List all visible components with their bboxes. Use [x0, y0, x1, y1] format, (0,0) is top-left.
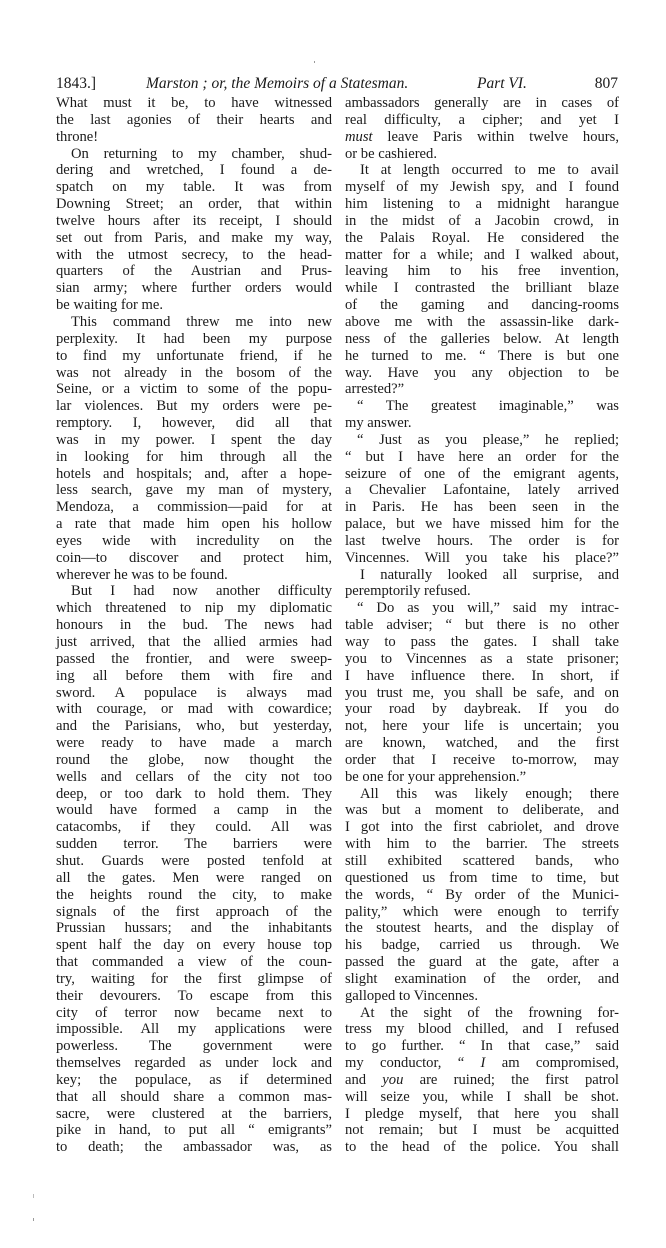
- text-line: my conductor, “ I am compromised,: [345, 1055, 619, 1072]
- text-line: sian army; where further orders would: [56, 280, 332, 297]
- text-line: with courage, or mad with cowardice;: [56, 701, 332, 718]
- text-line: impossible. All my applications were: [56, 1021, 332, 1038]
- text-line: questioned us from time to time, but: [345, 870, 619, 887]
- text-line: real difficulty, a cipher; and yet I: [345, 112, 619, 129]
- running-head: 1843.] Marston ; or, the Memoirs of a St…: [56, 74, 618, 94]
- text-line: the stoutest hearts, and the display of: [345, 920, 619, 937]
- text-line: less search, gave my man of mystery,: [56, 482, 332, 499]
- text-line: I have influence there. In short, if: [345, 668, 619, 685]
- text-line: to find my unfortunate friend, if he: [56, 348, 332, 365]
- text-line: be one for your apprehension.”: [345, 769, 619, 786]
- text-line: you to Vincennes as a state prisoner;: [345, 651, 619, 668]
- text-line: a Chevalier Lafontaine, lately arrived: [345, 482, 619, 499]
- text-line: I got into the first cabriolet, and drov…: [345, 819, 619, 836]
- text-line: in the midst of a Jacobin crowd, in: [345, 213, 619, 230]
- text-line: round the globe, now thought the: [56, 752, 332, 769]
- text-line: must leave Paris within twelve hours,: [345, 129, 619, 146]
- text-line: pike in hand, to put all “ emigrants”: [56, 1122, 332, 1139]
- text-line: “ Do as you will,” said my intrac-: [345, 600, 619, 617]
- right-text-column: ambassadors generally are in cases ofrea…: [345, 95, 619, 1156]
- text-line: the heights round the city, to make: [56, 887, 332, 904]
- text-line: This command threw me into new: [56, 314, 332, 331]
- running-head-year: 1843.]: [56, 74, 96, 94]
- text-line: perplexity. It had been my purpose: [56, 331, 332, 348]
- text-line: were ready to have made a march: [56, 735, 332, 752]
- text-line: your road by daybreak. If you do: [345, 701, 619, 718]
- text-line: catacombs, if they could. All was: [56, 819, 332, 836]
- text-line: matter for a while; and I walked about,: [345, 247, 619, 264]
- text-line: set out from Paris, and make my way,: [56, 230, 332, 247]
- text-line: key; the populace, as if determined: [56, 1072, 332, 1089]
- text-line: the Palais Royal. He considered the: [345, 230, 619, 247]
- text-line: shut. Guards were posted tenfold at: [56, 853, 332, 870]
- text-line: sudden terror. The barriers were: [56, 836, 332, 853]
- text-line: quarters of the Austrian and Prus-: [56, 263, 332, 280]
- text-line: was but a moment to deliberate, and: [345, 802, 619, 819]
- text-line: to go further. “ In that case,” said: [345, 1038, 619, 1055]
- text-line: spatch on my table. It was from: [56, 179, 332, 196]
- text-line: dering and wretched, I found a de-: [56, 162, 332, 179]
- text-line: Vincennes. Will you take his place?”: [345, 550, 619, 567]
- text-line: him listening to a midnight harangue: [345, 196, 619, 213]
- text-line: a rate that made him open his hollow: [56, 516, 332, 533]
- text-line: lar violences. But my orders were pe-: [56, 398, 332, 415]
- text-line: passed the guard at the gate, after a: [345, 954, 619, 971]
- running-head-part: Part VI.: [477, 74, 527, 94]
- text-line: deep, or too dark to hold them. They: [56, 786, 332, 803]
- text-line: last twelve hours. The order is for: [345, 533, 619, 550]
- text-line: spent half the day on every house top: [56, 937, 332, 954]
- text-line: or be cashiered.: [345, 146, 619, 163]
- text-line: way to pass the gates. I shall take: [345, 634, 619, 651]
- text-line: his badge, carried us through. We: [345, 937, 619, 954]
- text-line: passed the frontier, and were sweep-: [56, 651, 332, 668]
- scan-artifact-mark: [33, 1194, 34, 1198]
- text-line: All this was likely enough; there: [345, 786, 619, 803]
- text-line: will seize you, while I shall be shot.: [345, 1089, 619, 1106]
- text-line: What must it be, to have witnessed: [56, 95, 332, 112]
- text-line: tress my blood chilled, and I refused: [345, 1021, 619, 1038]
- text-line: Seine, or a victim to some of the popu-: [56, 381, 332, 398]
- text-line: “ Just as you please,” he replied;: [345, 432, 619, 449]
- text-line: leaving him to his free invention,: [345, 263, 619, 280]
- scan-artifact-mark: [33, 1218, 34, 1221]
- text-line: pality,” which were enough to terrify: [345, 904, 619, 921]
- text-line: the last agonies of their hearts and: [56, 112, 332, 129]
- text-line: in looking for him through all the: [56, 449, 332, 466]
- text-line: and you are ruined; the first patrol: [345, 1072, 619, 1089]
- text-line: of the gaming and dancing-rooms: [345, 297, 619, 314]
- text-line: coin—to discover and protect him,: [56, 550, 332, 567]
- text-line: to death; the ambassador was, as: [56, 1139, 332, 1156]
- text-line: and the Parisians, who, but yesterday,: [56, 718, 332, 735]
- text-line: Downing Street; an order, that within: [56, 196, 332, 213]
- text-line: try, waiting for the first glimpse of: [56, 971, 332, 988]
- text-line: “ The greatest imaginable,” was: [345, 398, 619, 415]
- text-line: not remain; but I must be acquitted: [345, 1122, 619, 1139]
- scanned-page: 1843.] Marston ; or, the Memoirs of a St…: [0, 0, 666, 1248]
- text-line: are known, watched, and the first: [345, 735, 619, 752]
- text-line: But I had now another difficulty: [56, 583, 332, 600]
- page-number: 807: [595, 74, 618, 94]
- text-line: peremptorily refused.: [345, 583, 619, 600]
- text-line: not, here your life is uncertain; you: [345, 718, 619, 735]
- text-line: be waiting for me.: [56, 297, 332, 314]
- text-line: city of terror now became next to: [56, 1005, 332, 1022]
- text-line: you trust me, you shall be safe, and on: [345, 685, 619, 702]
- text-line: was in my power. I spent the day: [56, 432, 332, 449]
- text-line: while I contrasted the brilliant blaze: [345, 280, 619, 297]
- text-line: remptory. I, however, did all that: [56, 415, 332, 432]
- running-head-title: Marston ; or, the Memoirs of a Statesman…: [146, 74, 408, 94]
- text-line: signals of the first approach of the: [56, 904, 332, 921]
- text-line: way. Have you any objection to be: [345, 365, 619, 382]
- text-line: with the utmost secrecy, to the head-: [56, 247, 332, 264]
- text-line: just arrived, that the allied armies had: [56, 634, 332, 651]
- text-line: slight examination of the order, and: [345, 971, 619, 988]
- text-line: still exhibited scattered bands, who: [345, 853, 619, 870]
- text-line: honours in the bud. The news had: [56, 617, 332, 634]
- text-line: ness of the galleries below. At length: [345, 331, 619, 348]
- text-line: I pledge myself, that here you shall: [345, 1106, 619, 1123]
- text-line: wells and cellars of the city not too: [56, 769, 332, 786]
- text-line: ambassadors generally are in cases of: [345, 95, 619, 112]
- text-line: eyes wide with incredulity on the: [56, 533, 332, 550]
- text-line: sword. A populace is always mad: [56, 685, 332, 702]
- left-text-column: What must it be, to have witnessedthe la…: [56, 95, 332, 1156]
- text-line: themselves regarded as under lock and: [56, 1055, 332, 1072]
- text-line: arrested?”: [345, 381, 619, 398]
- text-line: sacre, were clustered at the barriers,: [56, 1106, 332, 1123]
- text-line: Mendoza, a commission—paid for at: [56, 499, 332, 516]
- scan-artifact-mark: [314, 61, 315, 63]
- text-line: with him to the barrier. The streets: [345, 836, 619, 853]
- text-line: seizure of one of the emigrant agents,: [345, 466, 619, 483]
- text-line: that all should share a common mas-: [56, 1089, 332, 1106]
- text-line: the words, “ By order of the Munici-: [345, 887, 619, 904]
- text-line: powerless. The government were: [56, 1038, 332, 1055]
- text-line: above me with the assassin-like dark-: [345, 314, 619, 331]
- text-line: It at length occurred to me to avail: [345, 162, 619, 179]
- text-line: “ but I have here an order for the: [345, 449, 619, 466]
- text-line: their devourers. To escape from this: [56, 988, 332, 1005]
- text-line: all the gates. Men were ranged on: [56, 870, 332, 887]
- text-line: On returning to my chamber, shud-: [56, 146, 332, 163]
- text-line: was not already in the bosom of the: [56, 365, 332, 382]
- text-line: galloped to Vincennes.: [345, 988, 619, 1005]
- text-line: palace, but we have missed him for the: [345, 516, 619, 533]
- text-line: would have formed a camp in the: [56, 802, 332, 819]
- text-line: order that I receive to-morrow, may: [345, 752, 619, 769]
- text-line: table adviser; “ but there is no other: [345, 617, 619, 634]
- text-line: Prussian hussars; and the inhabitants: [56, 920, 332, 937]
- text-line: hotels and hospitals; and, after a hope-: [56, 466, 332, 483]
- text-line: he turned to me. “ There is but one: [345, 348, 619, 365]
- text-line: my answer.: [345, 415, 619, 432]
- text-line: myself of my Jewish spy, and I found: [345, 179, 619, 196]
- text-line: ing all before them with fire and: [56, 668, 332, 685]
- text-line: throne!: [56, 129, 332, 146]
- text-line: At the sight of the frowning for-: [345, 1005, 619, 1022]
- text-line: twelve hours after its receipt, I should: [56, 213, 332, 230]
- text-line: that commanded a view of the coun-: [56, 954, 332, 971]
- text-line: wherever he was to be found.: [56, 567, 332, 584]
- text-line: which threatened to nip my diplomatic: [56, 600, 332, 617]
- text-line: I naturally looked all surprise, and: [345, 567, 619, 584]
- text-line: to the head of the police. You shall: [345, 1139, 619, 1156]
- text-line: in Paris. He has been seen in the: [345, 499, 619, 516]
